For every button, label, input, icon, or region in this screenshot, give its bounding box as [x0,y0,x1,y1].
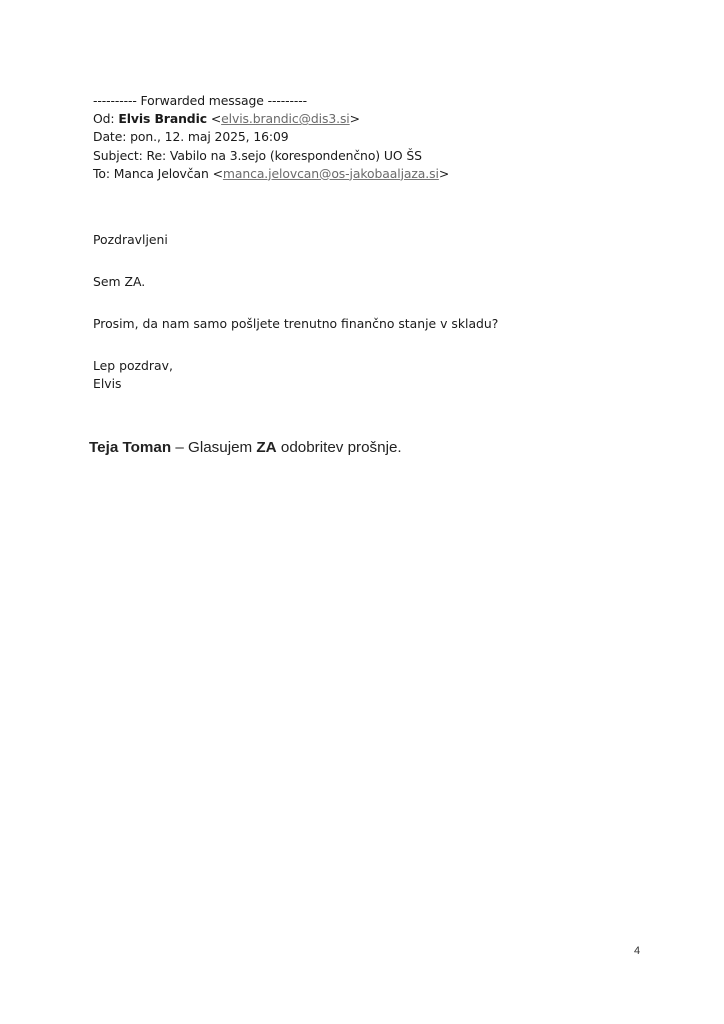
subject-label: Subject: [93,148,143,163]
date-value: pon., 12. maj 2025, 16:09 [130,129,288,144]
greeting: Pozdravljeni [93,231,168,249]
to-email-wrapper: <manca.jelovcan@os-jakobaaljaza.si> [213,166,450,181]
to-name: Manca Jelovčan [114,166,209,181]
to-line: To: Manca Jelovčan <manca.jelovcan@os-ja… [93,165,449,183]
from-line: Od: Elvis Brandic <elvis.brandic@dis3.si… [93,110,449,128]
closing-text: Lep pozdrav, [93,357,173,375]
vote-statement-rest: odobritev prošnje. [277,439,402,456]
vote-statement: Teja Toman – Glasujem ZA odobritev prošn… [89,439,402,456]
document-page: ---------- Forwarded message --------- O… [0,0,724,1024]
date-label: Date: [93,129,126,144]
from-label: Od: [93,111,115,126]
forwarded-email-header: ---------- Forwarded message --------- O… [93,92,449,183]
from-email-link[interactable]: elvis.brandic@dis3.si [221,111,350,126]
from-name: Elvis Brandic [118,111,207,126]
request-text: Prosim, da nam samo pošljete trenutno fi… [93,315,498,333]
subject-line: Subject: Re: Vabilo na 3.sejo (korespond… [93,147,449,165]
to-label: To: [93,166,110,181]
forwarded-message-divider: ---------- Forwarded message --------- [93,92,449,110]
from-email-wrapper: <elvis.brandic@dis3.si> [211,111,360,126]
signature-text: Elvis [93,375,122,393]
voter-name: Teja Toman [89,439,171,456]
forwarded-header-text: ---------- Forwarded message --------- [93,93,307,108]
vote-text: Sem ZA. [93,273,145,291]
vote-value: ZA [256,439,276,456]
subject-value: Re: Vabilo na 3.sejo (korespondenčno) UO… [147,148,422,163]
to-email-link[interactable]: manca.jelovcan@os-jakobaaljaza.si [223,166,439,181]
date-line: Date: pon., 12. maj 2025, 16:09 [93,128,449,146]
page-number: 4 [634,945,640,957]
vote-statement-middle: – Glasujem [171,439,256,456]
